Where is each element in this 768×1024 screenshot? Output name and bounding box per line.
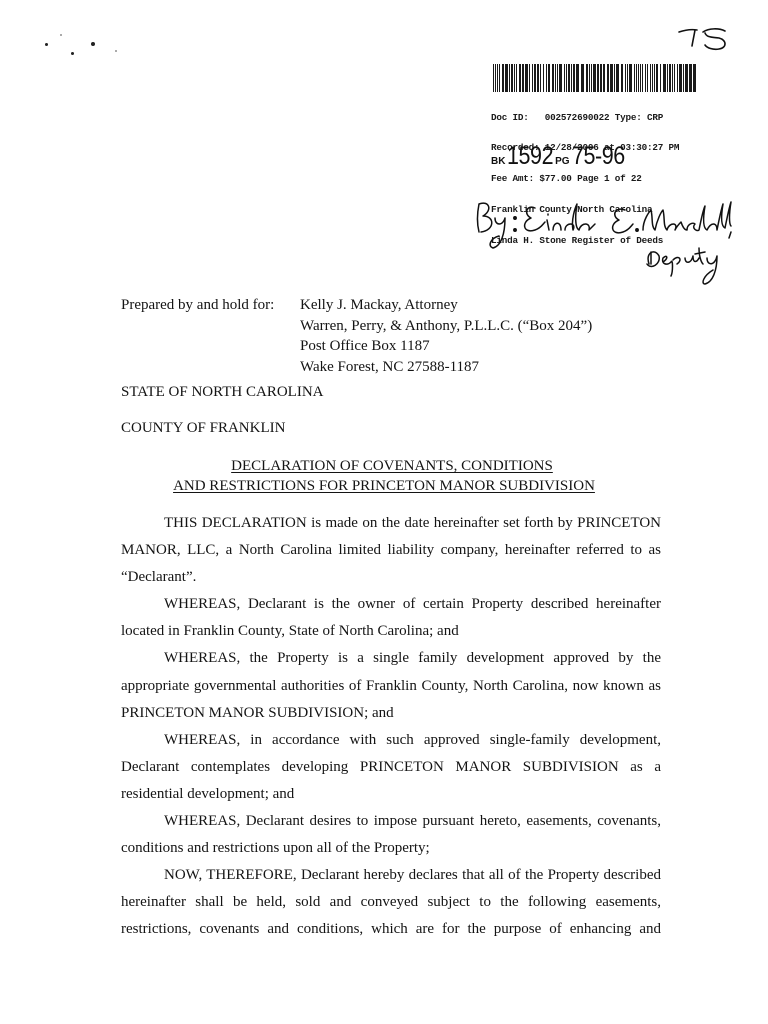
attorney-name: Kelly J. Mackay, Attorney bbox=[300, 295, 592, 316]
stamp-doc-id: Doc ID: 002572690022 Type: CRP bbox=[491, 113, 721, 123]
scan-speck bbox=[45, 43, 48, 46]
state-heading: STATE OF NORTH CAROLINA bbox=[121, 384, 324, 401]
book-page-reference: BK 1592 PG 75-96 bbox=[491, 142, 633, 171]
deputy-signature: By: Linda L. Marshall bbox=[465, 190, 735, 290]
prepared-by-label: Prepared by and hold for: bbox=[121, 295, 274, 316]
book-label: BK bbox=[491, 156, 505, 167]
county-heading: COUNTY OF FRANKLIN bbox=[121, 420, 285, 437]
city-state-zip: Wake Forest, NC 27588-1187 bbox=[300, 357, 592, 378]
stamp-fee: Fee Amt: $77.00 Page 1 of 22 bbox=[491, 174, 721, 184]
book-number: 1592 bbox=[507, 142, 553, 171]
paragraph-whereas-development: WHEREAS, the Property is a single family… bbox=[121, 645, 661, 726]
title-line-1: DECLARATION OF COVENANTS, CONDITIONS bbox=[231, 458, 553, 474]
paragraph-whereas-impose: WHEREAS, Declarant desires to impose pur… bbox=[121, 808, 661, 862]
page-label: PG bbox=[555, 156, 569, 167]
scan-speck bbox=[115, 50, 117, 52]
scan-speck bbox=[91, 42, 95, 46]
scan-speck bbox=[71, 52, 74, 55]
prepared-by-address: Kelly J. Mackay, Attorney Warren, Perry,… bbox=[300, 295, 592, 377]
declaration-body: THIS DECLARATION is made on the date her… bbox=[121, 510, 661, 944]
paragraph-now-therefore: NOW, THEREFORE, Declarant hereby declare… bbox=[121, 862, 661, 943]
document-title: DECLARATION OF COVENANTS, CONDITIONS AND… bbox=[0, 456, 768, 496]
po-box: Post Office Box 1187 bbox=[300, 336, 592, 357]
barcode-icon bbox=[493, 64, 697, 92]
paragraph-whereas-residential: WHEREAS, in accordance with such approve… bbox=[121, 727, 661, 808]
handwritten-page-number: 75 bbox=[675, 22, 735, 52]
scan-speck bbox=[60, 34, 62, 36]
title-line-2: AND RESTRICTIONS FOR PRINCETON MANOR SUB… bbox=[173, 478, 595, 494]
paragraph-whereas-owner: WHEREAS, Declarant is the owner of certa… bbox=[121, 591, 661, 645]
paragraph-intro: THIS DECLARATION is made on the date her… bbox=[121, 510, 661, 591]
page-range: 75-96 bbox=[572, 142, 625, 171]
law-firm: Warren, Perry, & Anthony, P.L.L.C. (“Box… bbox=[300, 316, 592, 337]
